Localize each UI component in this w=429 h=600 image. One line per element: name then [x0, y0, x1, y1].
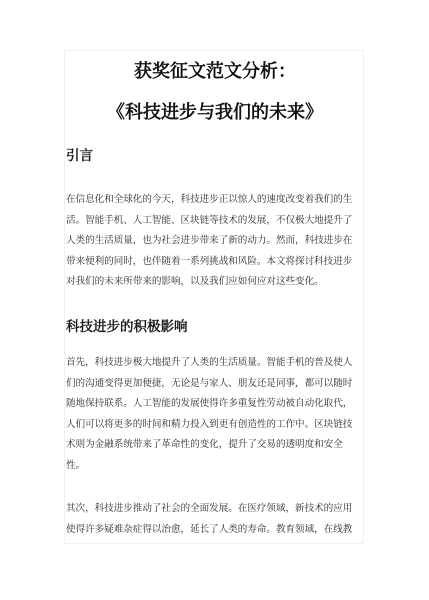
- paragraph-intro: 在信息化和全球化的今天，科技进步正以惊人的速度改变着我们的生 活。智能手机、人工…: [66, 190, 366, 293]
- text-line: 性。: [66, 456, 366, 477]
- document-title-line2: 《科技进步与我们的未来》: [65, 99, 365, 127]
- text-line: 术则为金融系统带来了革命性的变化，提升了交易的透明度和安全: [66, 435, 366, 456]
- text-line: 人类的生活质量，也为社会进步带来了新的动力。然而，科技进步在: [66, 231, 366, 252]
- document-title-line1: 获奖征文范文分析：: [65, 59, 365, 85]
- text-line: 在信息化和全球化的今天，科技进步正以惊人的速度改变着我们的生: [66, 190, 366, 211]
- document-page: 获奖征文范文分析： 《科技进步与我们的未来》 引言 在信息化和全球化的今天，科技…: [64, 50, 364, 544]
- text-line: 对我们的未来所带来的影响，以及我们应如何应对这些变化。: [66, 272, 366, 293]
- text-line: 随地保持联系。人工智能的发展使得许多重复性劳动被自动化取代，: [66, 394, 366, 415]
- text-line: 使得许多疑难杂症得以治愈，延长了人类的寿命。教育领域，在线教: [66, 520, 366, 541]
- paragraph-positive-1: 首先，科技进步极大地提升了人类的生活质量。智能手机的普及使人 们的沟通变得更加便…: [66, 353, 366, 477]
- text-line: 活。智能手机、人工智能、区块链等技术的发展，不仅极大地提升了: [66, 211, 366, 232]
- paragraph-positive-2: 其次，科技进步推动了社会的全面发展。在医疗领域，新技术的应用 使得许多疑难杂症得…: [66, 499, 366, 540]
- text-line: 人们可以将更多的时间和精力投入到更有创造性的工作中。区块链技: [66, 415, 366, 436]
- section-heading-intro: 引言: [66, 147, 93, 165]
- text-line: 们的沟通变得更加便捷，无论是与家人、朋友还是同事，都可以随时: [66, 374, 366, 395]
- text-line: 带来便利的同时，也伴随着一系列挑战和风险。本文将探讨科技进步: [66, 252, 366, 273]
- section-heading-positive-impact: 科技进步的积极影响: [66, 318, 188, 336]
- text-line: 首先，科技进步极大地提升了人类的生活质量。智能手机的普及使人: [66, 353, 366, 374]
- text-line: 其次，科技进步推动了社会的全面发展。在医疗领域，新技术的应用: [66, 499, 366, 520]
